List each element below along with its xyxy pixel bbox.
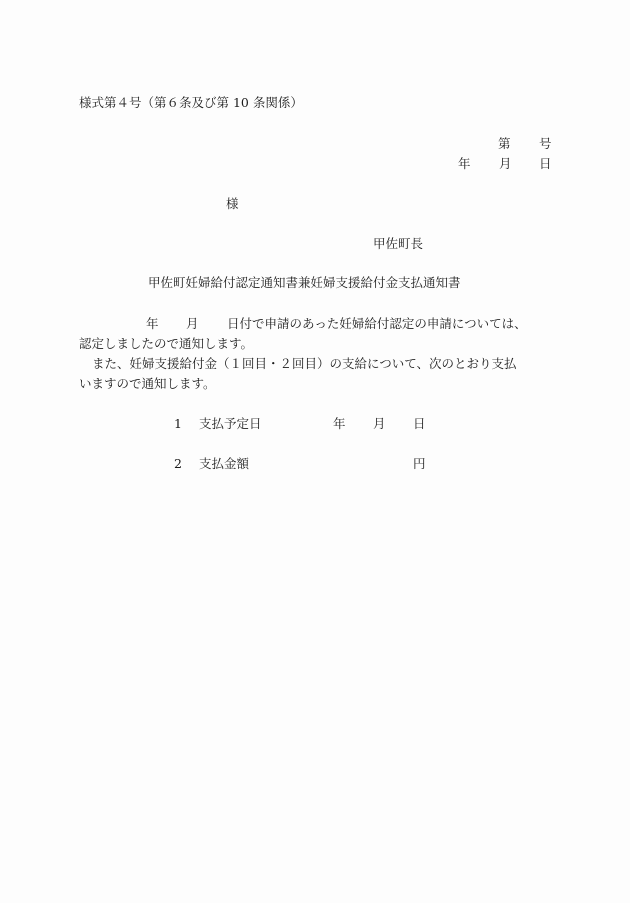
issue-date-year: 年 — [458, 158, 471, 171]
body-line-2: 認定しましたので通知します。 — [79, 338, 253, 351]
payment-amount-unit: 円 — [413, 458, 426, 471]
number-prefix: 第 — [498, 138, 511, 151]
issue-date-day: 日 — [539, 158, 552, 171]
issuer-name: 甲佐町長 — [373, 238, 423, 251]
body-line-4: いますので通知します。 — [79, 378, 216, 391]
payment-date-year: 年 — [333, 418, 346, 431]
body-application-year: 年 — [146, 318, 159, 331]
number-suffix: 号 — [539, 138, 552, 151]
payment-date-month: 月 — [373, 418, 386, 431]
item-number: 1 — [174, 418, 182, 431]
document-title: 甲佐町妊婦給付認定通知書兼妊婦支援給付金支払通知書 — [148, 277, 461, 290]
item-label: 支払予定日 — [199, 418, 262, 431]
body-application-month: 月 — [186, 318, 199, 331]
body-line-1: 日付で申請のあった妊婦給付認定の申請については、 — [227, 318, 527, 331]
item-label: 支払金額 — [199, 458, 249, 471]
payment-date-day: 日 — [413, 418, 426, 431]
addressee-suffix: 様 — [226, 198, 239, 211]
form-label: 様式第４号（第６条及び第 10 条関係） — [79, 97, 303, 110]
item-number: 2 — [174, 458, 182, 471]
issue-date-month: 月 — [499, 158, 512, 171]
body-line-3: また、妊婦支援給付金（１回目・２回目）の支給について、次のとおり支払 — [92, 358, 517, 371]
